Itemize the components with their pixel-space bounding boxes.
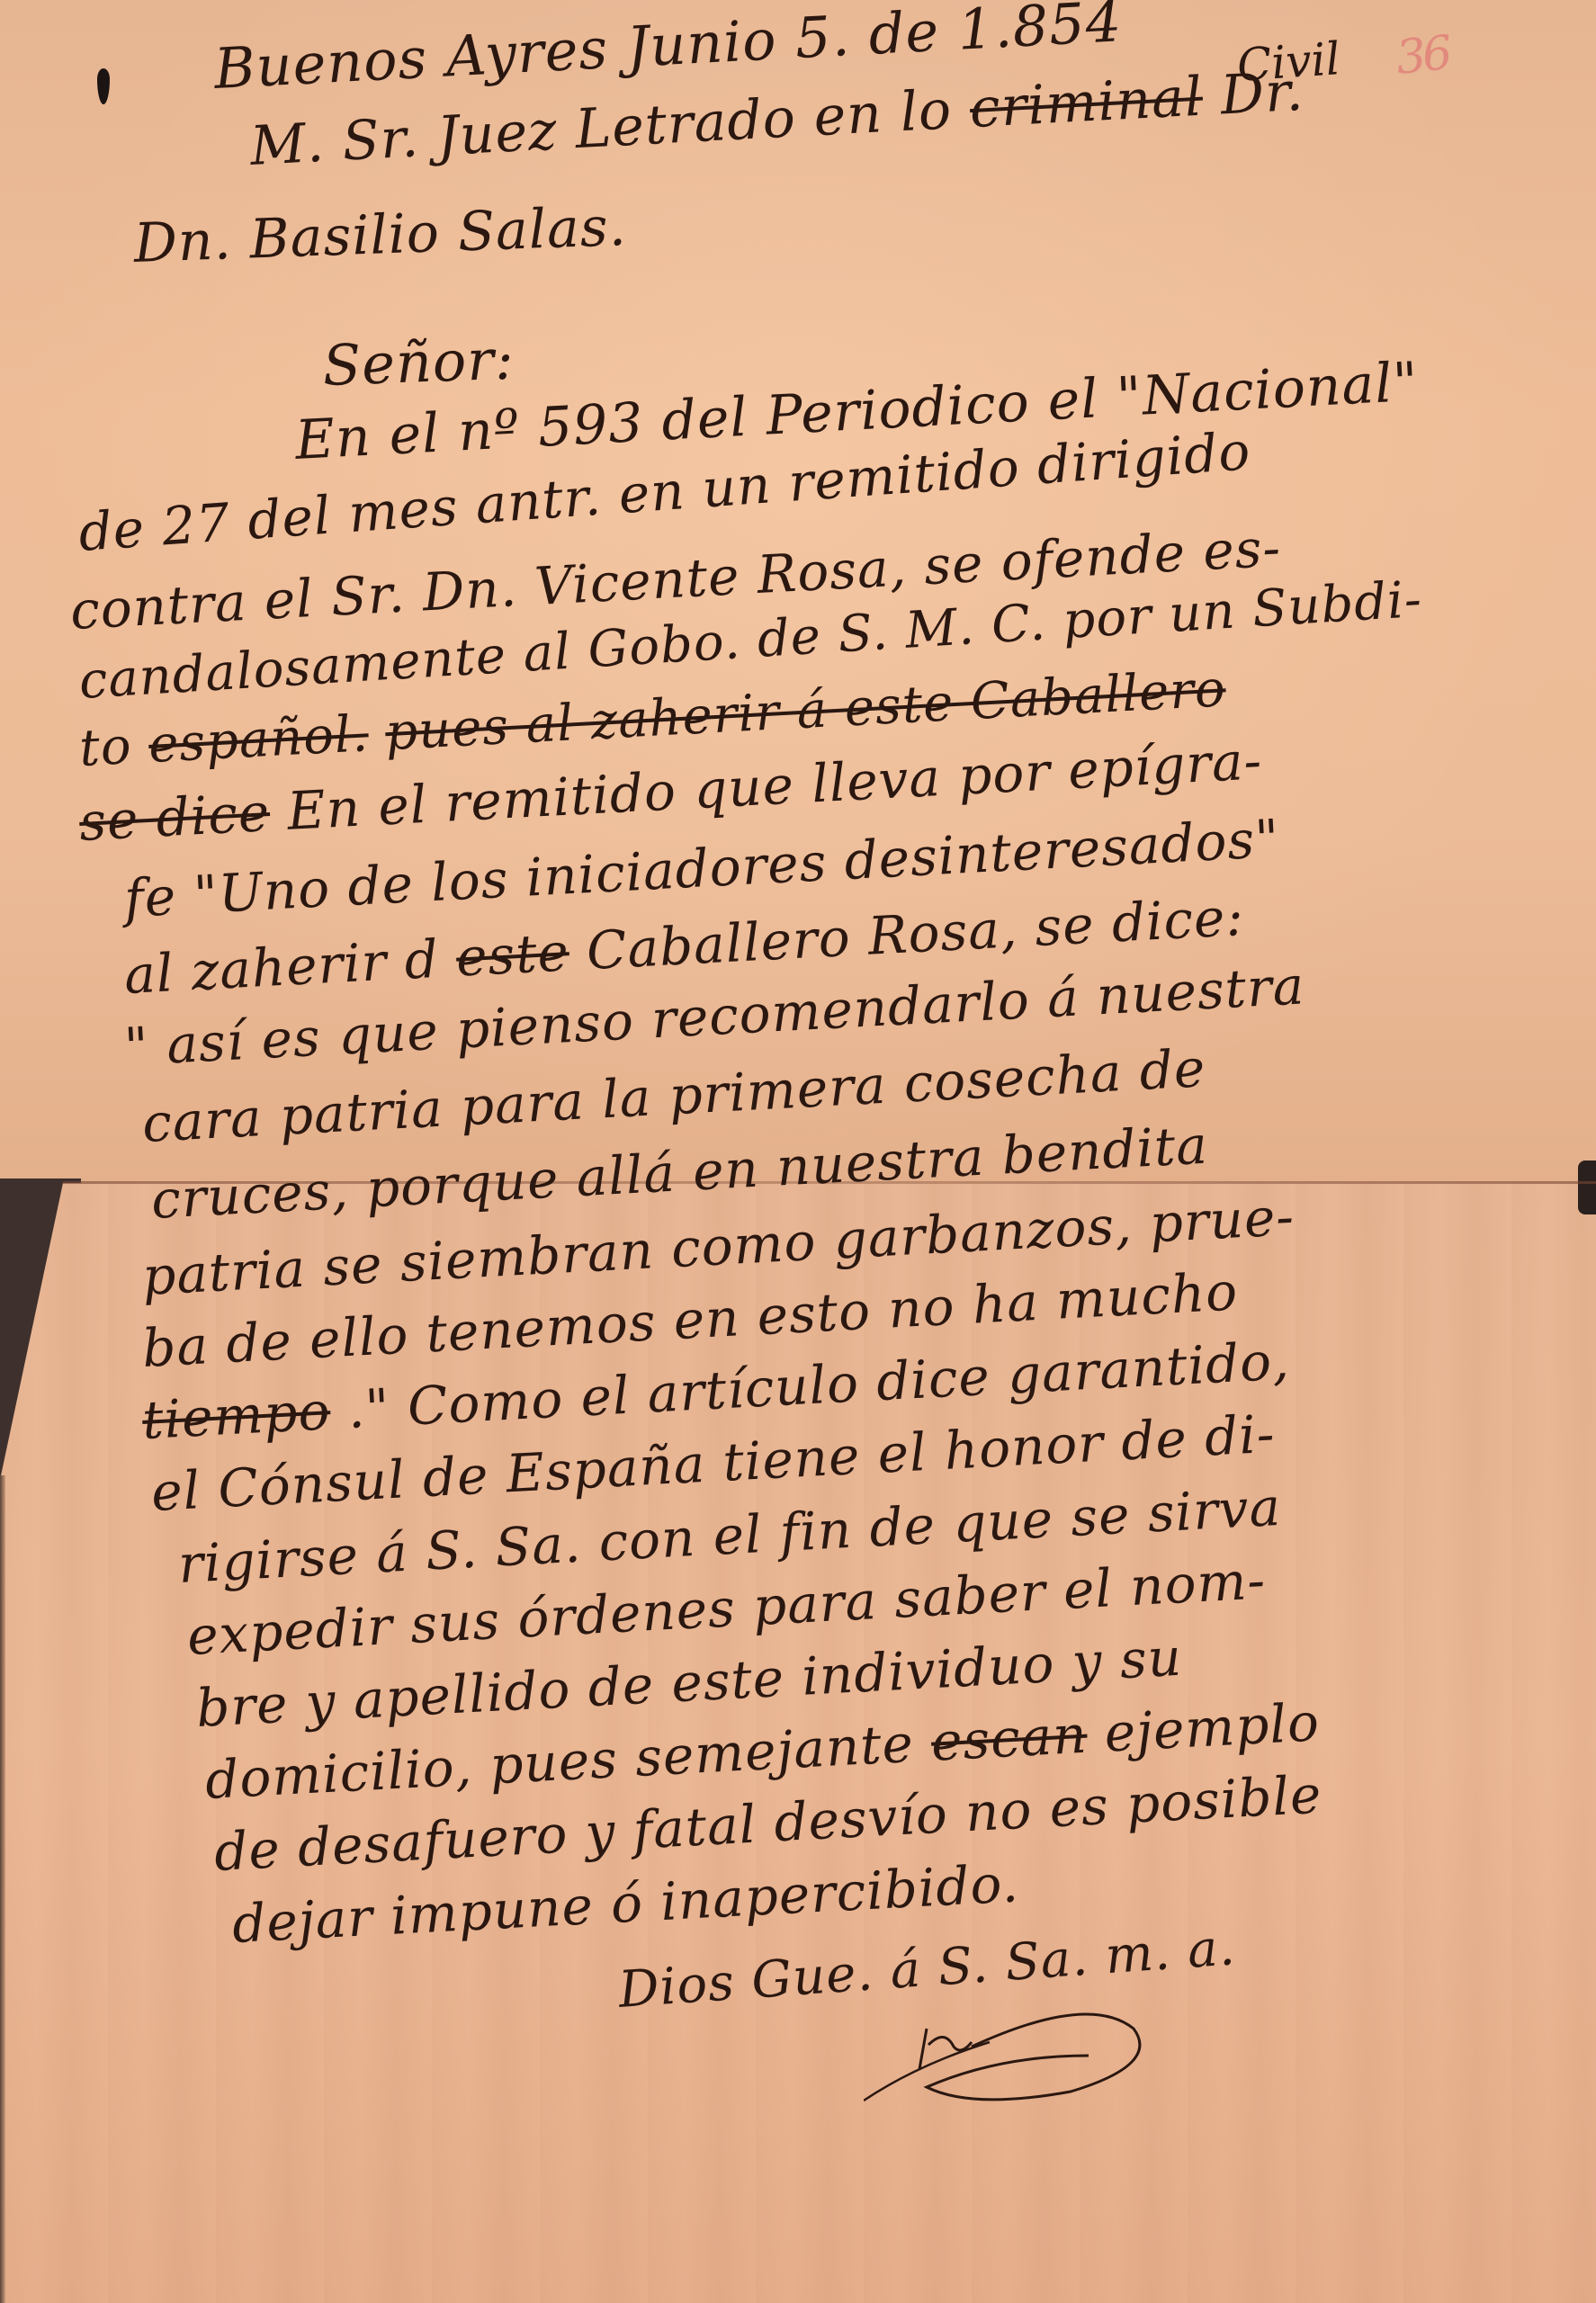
torn-edge xyxy=(1578,1160,1596,1214)
signature-flourish xyxy=(864,2002,1242,2110)
struck-text: tiempo xyxy=(140,1380,332,1451)
body-text: to xyxy=(78,717,134,778)
page-edge xyxy=(0,1475,5,2303)
struck-text: español. xyxy=(148,704,371,775)
struck-text: escan xyxy=(929,1704,1089,1773)
struck-text: se dice xyxy=(77,782,271,853)
scanned-document: 36 Buenos Ayres Junio 5. de 1.854 Civil … xyxy=(0,0,1596,2303)
salutation: Señor: xyxy=(321,327,515,399)
struck-word: criminal xyxy=(968,66,1204,140)
body-tail: ejemplo xyxy=(1103,1691,1321,1763)
folio-number: 36 xyxy=(1394,26,1451,85)
struck-text: este xyxy=(454,921,570,988)
addressee-tail: Dr. xyxy=(1219,60,1305,128)
